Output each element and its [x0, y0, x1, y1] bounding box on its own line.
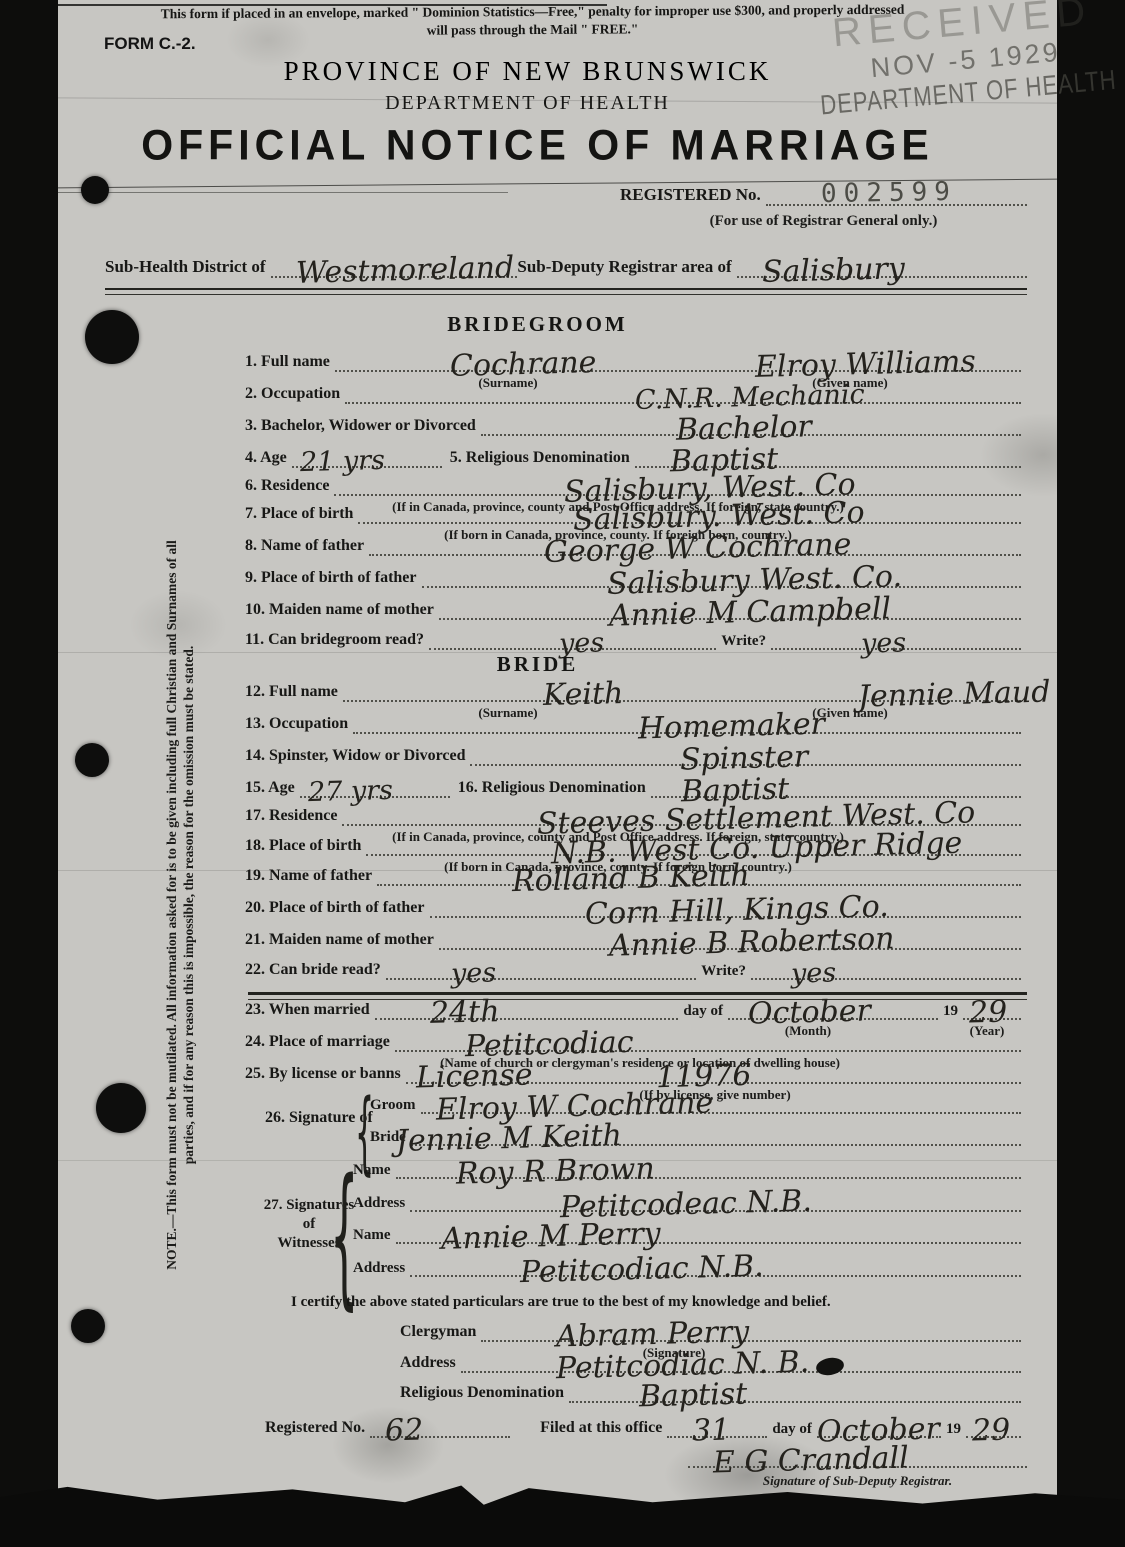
field-place-of-marriage: 24. Place of marriage Petitcodiac	[245, 1022, 1021, 1052]
bride-write-value: yes	[791, 959, 837, 987]
field-groom-birthplace: 7. Place of birth Salisbury. West. Co	[245, 494, 1021, 524]
registered-note: (For use of Registrar General only.)	[620, 212, 1027, 227]
district-value: Westmoreland	[295, 253, 514, 289]
scan-line	[58, 192, 508, 193]
field-witness2-name: Name Annie M Perry	[348, 1214, 1021, 1244]
registered-label: REGISTERED No.	[620, 186, 766, 206]
field-groom-father: 8. Name of father George W Cochrane	[245, 526, 1021, 556]
dotted-line: Petitcodiac	[395, 1050, 1021, 1052]
field-bride-residence: 17. Residence Steeves Settlement West. C…	[245, 796, 1021, 826]
dotted-line: Keith Jennie Maud	[343, 700, 1021, 702]
field-groom-read-write: 11. Can bridegroom read? yes Write? yes	[245, 620, 1021, 650]
dotted-line: 24th	[375, 1018, 679, 1020]
field-when-married: 23. When married 24th day of October 19 …	[245, 990, 1021, 1020]
form-code: FORM C.-2.	[104, 34, 196, 54]
field-clergyman: Clergyman Abram Perry	[400, 1312, 1021, 1342]
field-groom-father-birthplace: 9. Place of birth of father Salisbury We…	[245, 558, 1021, 588]
bride-read-value: yes	[450, 959, 496, 987]
field-district: Sub-Health District of Westmoreland Sub-…	[105, 248, 1027, 278]
dotted-line: Roy R Brown	[396, 1177, 1022, 1179]
dotted-line: Jennie M Keith	[411, 1144, 1021, 1146]
field-bride-age-religion: 15. Age 27 yrs 16. Religious Denominatio…	[245, 768, 1021, 798]
field-registered-no: REGISTERED No. 002599	[620, 176, 1027, 206]
dotted-line: Salisbury	[737, 276, 1027, 278]
area-label: Sub-Deputy Registrar area of	[517, 258, 736, 278]
scanned-marriage-form: { "colors": {"paper":"#c7c6c2","ink":"#1…	[0, 0, 1125, 1547]
field-bride-father-birthplace: 20. Place of birth of father Corn Hill, …	[245, 888, 1021, 918]
dotted-line: Salisbury. West. Co	[358, 522, 1021, 524]
dotted-line: 002599	[766, 204, 1027, 206]
field-witness1-address: Address Petitcodeac N.B.	[348, 1182, 1021, 1212]
registrar-sublabel: Signature of Sub-Deputy Registrar.	[763, 1473, 952, 1488]
field-bride-occupation: 13. Occupation Homemaker	[245, 704, 1021, 734]
field-bride-mother: 21. Maiden name of mother Annie B Robert…	[245, 920, 1021, 950]
field-groom-mother: 10. Maiden name of mother Annie M Campbe…	[245, 590, 1021, 620]
dotted-line: Cochrane Elroy Williams	[335, 370, 1021, 372]
filing-registered-no-value: 62	[385, 1416, 424, 1447]
dotted-line: October	[728, 1018, 938, 1020]
field-bride-father: 19. Name of father Rolland B Keith	[245, 856, 1021, 886]
dotted-line: 62	[370, 1436, 510, 1438]
dotted-line: Homemaker	[353, 732, 1021, 734]
field-witness1-name: Name Roy R Brown	[348, 1149, 1021, 1179]
field-bride-full-name: 12. Full name Keith Jennie Maud	[245, 672, 1021, 702]
dotted-line: Baptist	[569, 1401, 1021, 1403]
dotted-line: yes	[386, 978, 697, 980]
form-paper: This form if placed in an envelope, mark…	[58, 0, 1057, 1547]
punch-hole	[81, 176, 109, 204]
dotted-line: Westmoreland	[271, 276, 518, 278]
page-title: OFFICIAL NOTICE OF MARRIAGE	[58, 121, 1017, 170]
dotted-line: E G Crandall	[688, 1466, 1027, 1468]
dotted-line: Salisbury West. Co.	[422, 586, 1021, 588]
district-label: Sub-Health District of	[105, 258, 271, 278]
witness2-address-value: Petitcodiac N.B.	[520, 1252, 764, 1288]
field-groom-status: 3. Bachelor, Widower or Divorced Bachelo…	[245, 406, 1021, 436]
dotted-line: Spinster	[470, 764, 1021, 766]
field-groom-signature: Groom Elroy W Cochrane	[365, 1084, 1021, 1114]
dotted-line: Rolland B Keith	[377, 884, 1021, 886]
punch-hole	[75, 743, 109, 777]
field-bride-signature: Bride Jennie M Keith	[365, 1116, 1021, 1146]
dotted-line: C.N.R. Mechanic	[345, 402, 1021, 404]
department-title: DEPARTMENT OF HEALTH	[58, 92, 997, 115]
dotted-line: George W Cochrane	[369, 554, 1021, 556]
field-bride-birthplace: 18. Place of birth N.B. West Co. Upper R…	[245, 826, 1021, 856]
field-clergyman-address: Address Petitcodiac N. B.	[400, 1343, 1021, 1373]
area-value: Salisbury	[761, 254, 905, 288]
double-rule	[105, 288, 1027, 295]
dotted-line: Annie M Perry	[396, 1242, 1022, 1244]
dotted-line: yes	[751, 978, 1021, 980]
registered-number-stamp: 002599	[821, 177, 957, 209]
field-bride-status: 14. Spinster, Widow or Divorced Spinster	[245, 736, 1021, 766]
field-witness2-address: Address Petitcodiac N.B.	[348, 1247, 1021, 1277]
dotted-line: Abram Perry	[481, 1340, 1021, 1342]
field-clergyman-religion: Religious Denomination Baptist	[400, 1373, 1021, 1403]
field-groom-age-religion: 4. Age 21 yrs 5. Religious Denomination …	[245, 438, 1021, 468]
punch-hole	[71, 1309, 105, 1343]
field-license-or-banns: 25. By license or banns License 11976	[245, 1054, 1021, 1084]
dotted-line: Corn Hill, Kings Co.	[430, 916, 1021, 918]
field-bride-read-write: 22. Can bride read? yes Write? yes	[245, 950, 1021, 980]
dotted-line: Petitcodeac N.B.	[410, 1210, 1021, 1212]
dotted-line: Bachelor	[481, 434, 1021, 436]
dotted-line: Elroy W Cochrane	[421, 1112, 1021, 1114]
dotted-line: Petitcodiac N.B.	[410, 1275, 1021, 1277]
field-groom-full-name: 1. Full name Cochrane Elroy Williams	[245, 342, 1021, 372]
side-note: NOTE.—This form must not be mutilated. A…	[163, 495, 197, 1315]
certification-text: I certify the above stated particulars a…	[291, 1294, 831, 1311]
dotted-line: yes	[771, 648, 1021, 650]
punch-hole	[96, 1083, 146, 1133]
bridegroom-heading: BRIDEGROOM	[58, 312, 1017, 337]
field-groom-residence: 6. Residence Salisbury, West. Co	[245, 466, 1021, 496]
province-title: PROVINCE OF NEW BRUNSWICK	[58, 56, 997, 87]
field-filing: Registered No. 62 Filed at this office 3…	[265, 1408, 1021, 1438]
dotted-line: 29	[963, 1018, 1021, 1020]
dotted-line: yes	[429, 648, 716, 650]
field-registrar-signature: E G Crandall	[688, 1438, 1027, 1468]
field-groom-occupation: 2. Occupation C.N.R. Mechanic	[245, 374, 1021, 404]
